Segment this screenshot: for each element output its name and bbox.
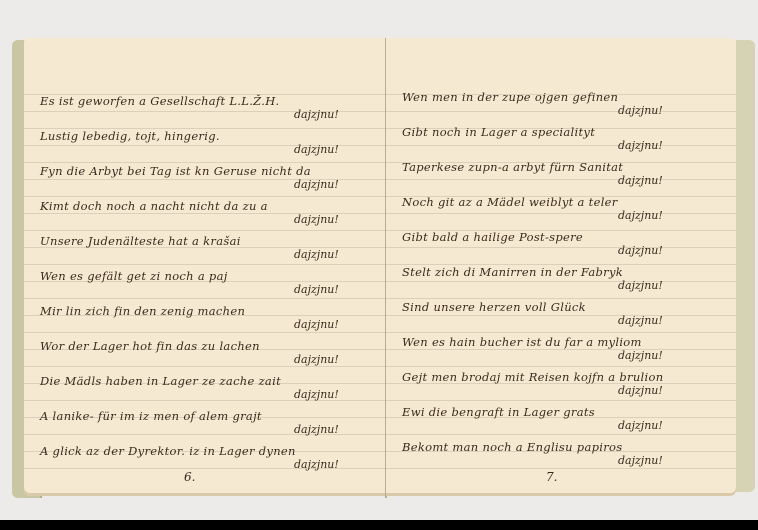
left-page: Es ist geworfen a Gesellschaft L.L.Ž.H.d… — [24, 38, 386, 496]
lyric-line: Stelt zich di Manirren in der Fabryk — [402, 265, 623, 279]
refrain-text: dajzjnu! — [618, 139, 663, 152]
refrain-text: dajzjnu! — [294, 423, 339, 436]
lyric-line: Wor der Lager hot fin das zu lachen — [40, 339, 260, 353]
page-number-left: 6. — [184, 470, 195, 484]
lyric-line: Fyn die Arbyt bei Tag ist kn Geruse nich… — [40, 164, 311, 178]
refrain-text: dajzjnu! — [294, 388, 339, 401]
refrain-text: dajzjnu! — [294, 318, 339, 331]
refrain-text: dajzjnu! — [294, 178, 339, 191]
lyric-line: Wen es hain bucher ist du far a myliom — [402, 335, 642, 349]
lyric-line: Gejt men brodaj mit Reisen kojfn a bruli… — [402, 370, 663, 384]
refrain-text: dajzjnu! — [618, 419, 663, 432]
lyric-line: Unsere Judenälteste hat a krašai — [40, 234, 241, 248]
bottom-bar — [0, 520, 758, 530]
refrain-text: dajzjnu! — [618, 279, 663, 292]
open-notebook: Es ist geworfen a Gesellschaft L.L.Ž.H.d… — [10, 34, 755, 500]
lyric-line: Ewi die bengraft in Lager grats — [402, 405, 595, 419]
lyric-line: A lanike- für im iz men of alem grajt — [40, 409, 262, 423]
refrain-text: dajzjnu! — [294, 283, 339, 296]
refrain-text: dajzjnu! — [294, 108, 339, 121]
refrain-text: dajzjnu! — [618, 244, 663, 257]
refrain-text: dajzjnu! — [618, 104, 663, 117]
refrain-text: dajzjnu! — [294, 458, 339, 471]
lyric-line: Taperkese zupn-a arbyt fürn Sanitat — [402, 160, 623, 174]
right-page: Wen men in der zupe ojgen gefinendajzjnu… — [386, 38, 736, 496]
lyric-line: Gibt noch in Lager a specialityt — [402, 125, 595, 139]
lyric-line: Gibt bald a hailige Post-spere — [402, 230, 583, 244]
refrain-text: dajzjnu! — [618, 174, 663, 187]
refrain-text: dajzjnu! — [618, 384, 663, 397]
lyric-line: Lustig lebedig, tojt, hingerig. — [40, 129, 220, 143]
refrain-text: dajzjnu! — [294, 213, 339, 226]
lyric-line: A glick az der Dyrektor. iz in Lager dyn… — [40, 444, 296, 458]
lyric-line: Wen men in der zupe ojgen gefinen — [402, 90, 618, 104]
lyric-line: Wen es gefält get zi noch a paj — [40, 269, 228, 283]
refrain-text: dajzjnu! — [618, 349, 663, 362]
lyric-line: Mir lin zich fin den zenig machen — [40, 304, 245, 318]
notebook-cover-right — [733, 40, 755, 492]
refrain-text: dajzjnu! — [618, 454, 663, 467]
lyric-line: Noch git az a Mädel weiblyt a teler — [402, 195, 618, 209]
refrain-text: dajzjnu! — [294, 248, 339, 261]
refrain-text: dajzjnu! — [618, 209, 663, 222]
lyric-line: Sind unsere herzen voll Glück — [402, 300, 586, 314]
lyric-line: Es ist geworfen a Gesellschaft L.L.Ž.H. — [40, 94, 279, 108]
refrain-text: dajzjnu! — [618, 314, 663, 327]
lyric-line: Bekomt man noch a Englisu papiros — [402, 440, 622, 454]
refrain-text: dajzjnu! — [294, 143, 339, 156]
lyric-line: Die Mädls haben in Lager ze zache zait — [40, 374, 281, 388]
lyric-line: Kimt doch noch a nacht nicht da zu a — [40, 199, 268, 213]
refrain-text: dajzjnu! — [294, 353, 339, 366]
page-number-right: 7. — [546, 470, 557, 484]
